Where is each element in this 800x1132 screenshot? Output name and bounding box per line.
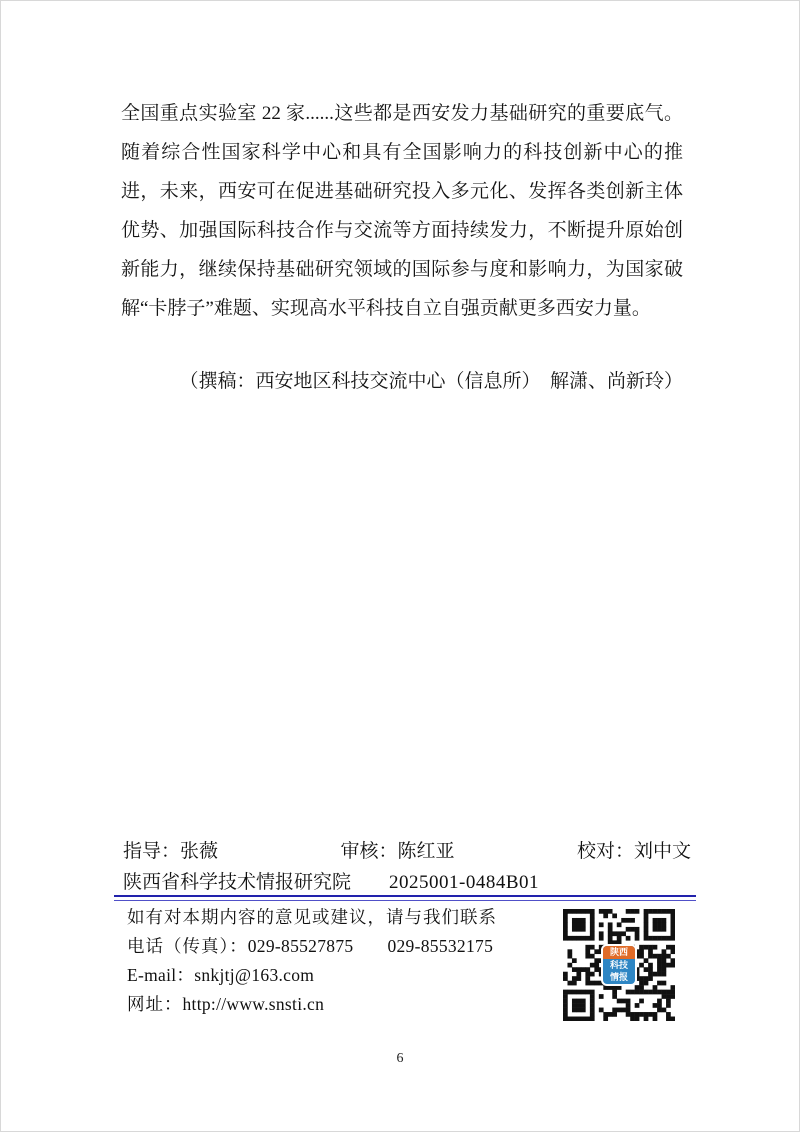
credit-guidance-label: 指导： bbox=[123, 841, 180, 862]
contact-phone-number-1: 029-85527875 bbox=[248, 936, 354, 956]
credit-review-label: 审核： bbox=[340, 841, 397, 862]
credit-proofread-name: 刘中文 bbox=[634, 841, 691, 862]
byline: （撰稿：西安地区科技交流中心（信息所） 解潇、尚新玲） bbox=[121, 367, 683, 397]
credit-guidance-name: 张薇 bbox=[180, 841, 218, 862]
credit-proofread: 校对：刘中文 bbox=[577, 837, 691, 867]
page-number: 6 bbox=[1, 1051, 799, 1067]
credits-block: 指导：张薇 审核：陈红亚 校对：刘中文 陕西省科学技术情报研究院2025001-… bbox=[123, 837, 691, 898]
qr-code: 陕西 科技 情报 bbox=[563, 909, 675, 1021]
credit-proofread-label: 校对： bbox=[577, 841, 634, 862]
institute-name: 陕西省科学技术情报研究院 bbox=[123, 872, 351, 893]
footer-divider bbox=[114, 895, 696, 901]
credit-guidance: 指导：张薇 bbox=[123, 837, 218, 867]
contact-intro: 如有对本期内容的意见或建议，请与我们联系 bbox=[127, 903, 557, 932]
contact-phone: 电话（传真）：029-85527875029-85532175 bbox=[127, 932, 557, 961]
qr-center-logo: 陕西 科技 情报 bbox=[601, 944, 637, 986]
qr-logo-line-2: 科技 bbox=[603, 959, 635, 972]
qr-logo-line-3: 情报 bbox=[603, 971, 635, 984]
document-page: 全国重点实验室 22 家......这些都是西安发力基础研究的重要底气。随着综合… bbox=[0, 0, 800, 1132]
contact-email: E-mail：snkjtj@163.com bbox=[127, 961, 557, 990]
body-paragraph: 全国重点实验室 22 家......这些都是西安发力基础研究的重要底气。随着综合… bbox=[121, 94, 683, 328]
contact-website-value: http://www.snsti.cn bbox=[183, 994, 325, 1014]
contact-website: 网址：http://www.snsti.cn bbox=[127, 990, 557, 1019]
contact-email-label: E-mail： bbox=[127, 965, 194, 985]
contact-website-label: 网址： bbox=[127, 994, 183, 1014]
publisher-row: 陕西省科学技术情报研究院2025001-0484B01 bbox=[123, 868, 691, 898]
qr-logo-line-1: 陕西 bbox=[603, 946, 635, 959]
credit-review-name: 陈红亚 bbox=[398, 841, 455, 862]
credits-row: 指导：张薇 审核：陈红亚 校对：刘中文 bbox=[123, 837, 691, 867]
contact-block: 如有对本期内容的意见或建议，请与我们联系 电话（传真）：029-85527875… bbox=[127, 903, 557, 1019]
credit-review: 审核：陈红亚 bbox=[340, 837, 454, 867]
issue-code: 2025001-0484B01 bbox=[389, 872, 539, 893]
contact-email-value: snkjtj@163.com bbox=[194, 965, 314, 985]
contact-phone-label: 电话（传真）： bbox=[127, 936, 248, 956]
contact-phone-number-2: 029-85532175 bbox=[387, 936, 493, 956]
